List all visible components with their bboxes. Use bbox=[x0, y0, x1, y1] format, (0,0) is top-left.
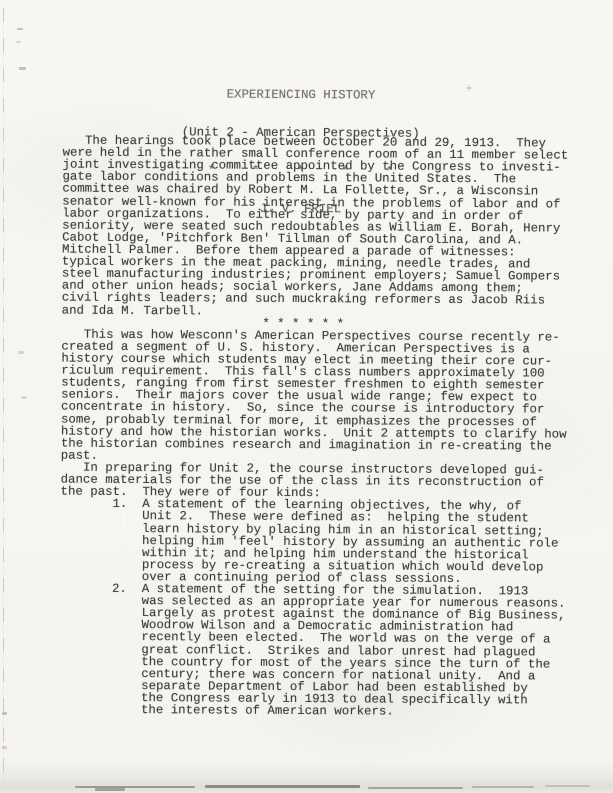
scan-line-artifact bbox=[95, 788, 125, 791]
document-text-layer: EXPERIENCING HISTORY (Unit 2 - American … bbox=[0, 0, 613, 793]
scan-line-artifact bbox=[205, 785, 360, 788]
document-body-lines: The hearings took place between October … bbox=[59, 135, 568, 719]
scanned-document-page: EXPERIENCING HISTORY (Unit 2 - American … bbox=[0, 0, 613, 793]
scan-line-artifact bbox=[368, 787, 463, 789]
document-title: EXPERIENCING HISTORY bbox=[0, 87, 602, 103]
scan-line-artifact bbox=[545, 785, 590, 787]
text-line: the historian combines research and imag… bbox=[61, 437, 567, 452]
scan-bottom-artifact bbox=[0, 759, 613, 793]
scan-line-artifact bbox=[75, 786, 195, 788]
scan-line-artifact bbox=[472, 786, 534, 788]
